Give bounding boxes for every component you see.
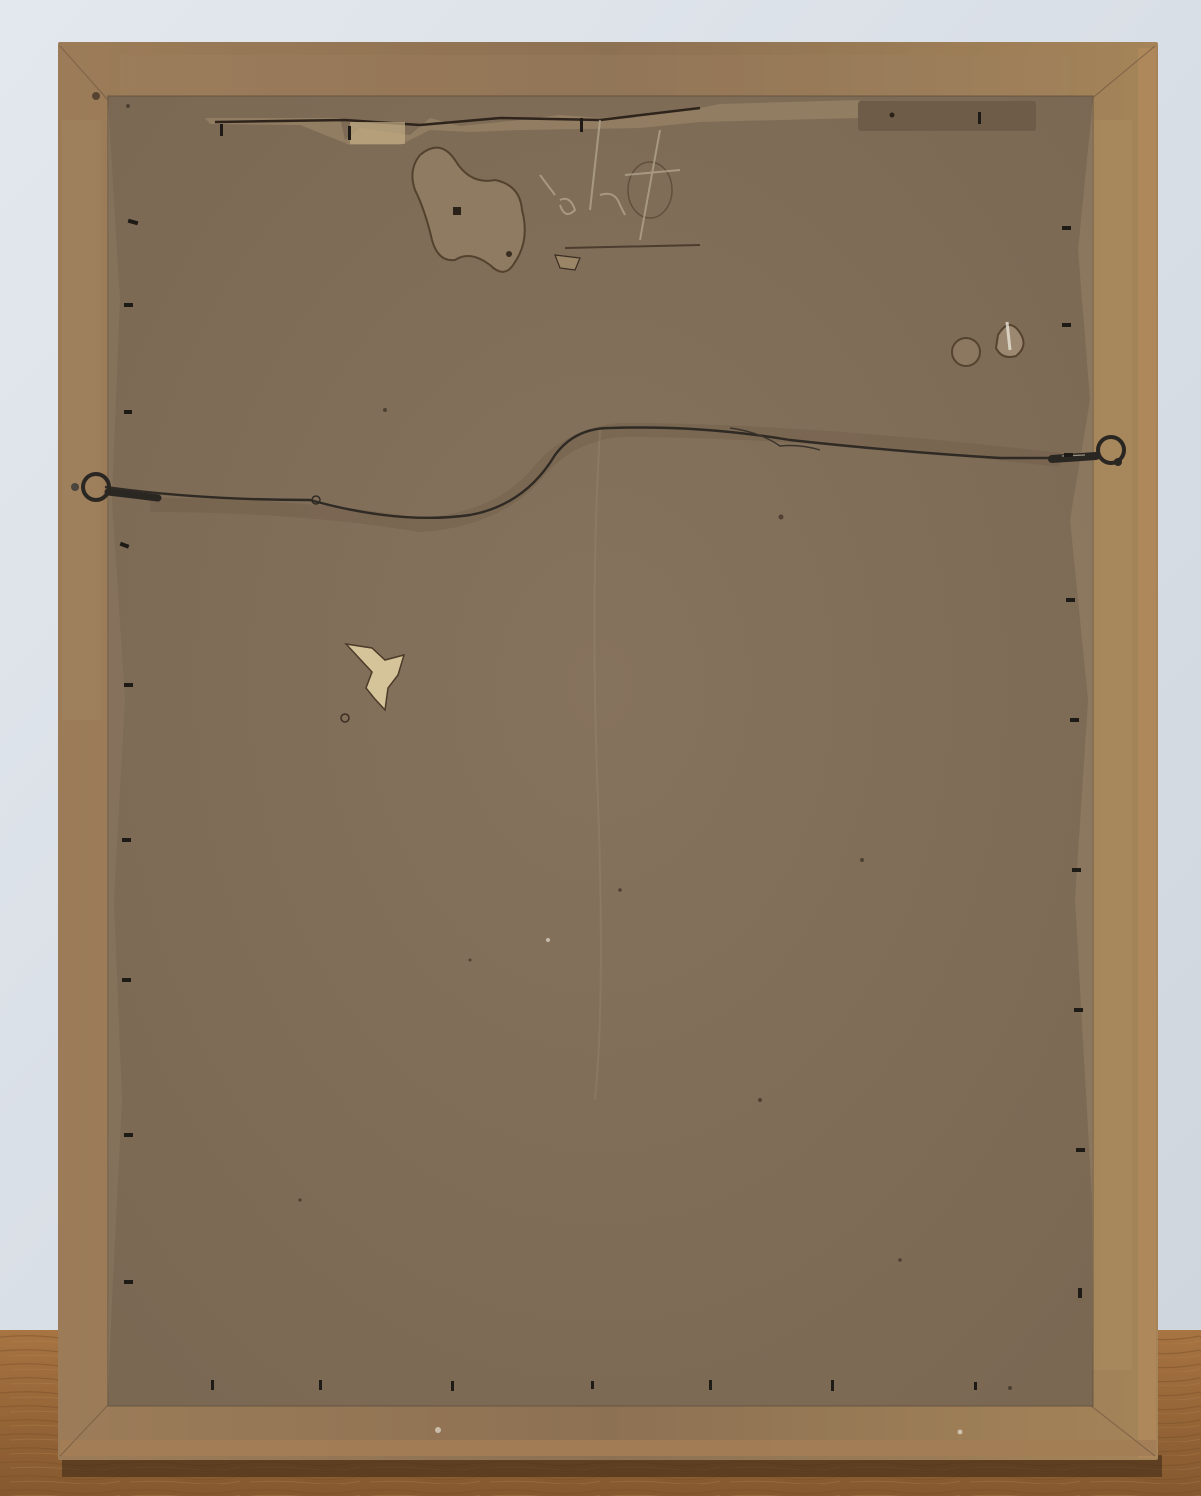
torn-tape-patch (350, 122, 405, 144)
water-stain-round (952, 338, 980, 366)
dark-tape-strip (858, 101, 1036, 131)
frame-back-illustration (0, 0, 1201, 1496)
